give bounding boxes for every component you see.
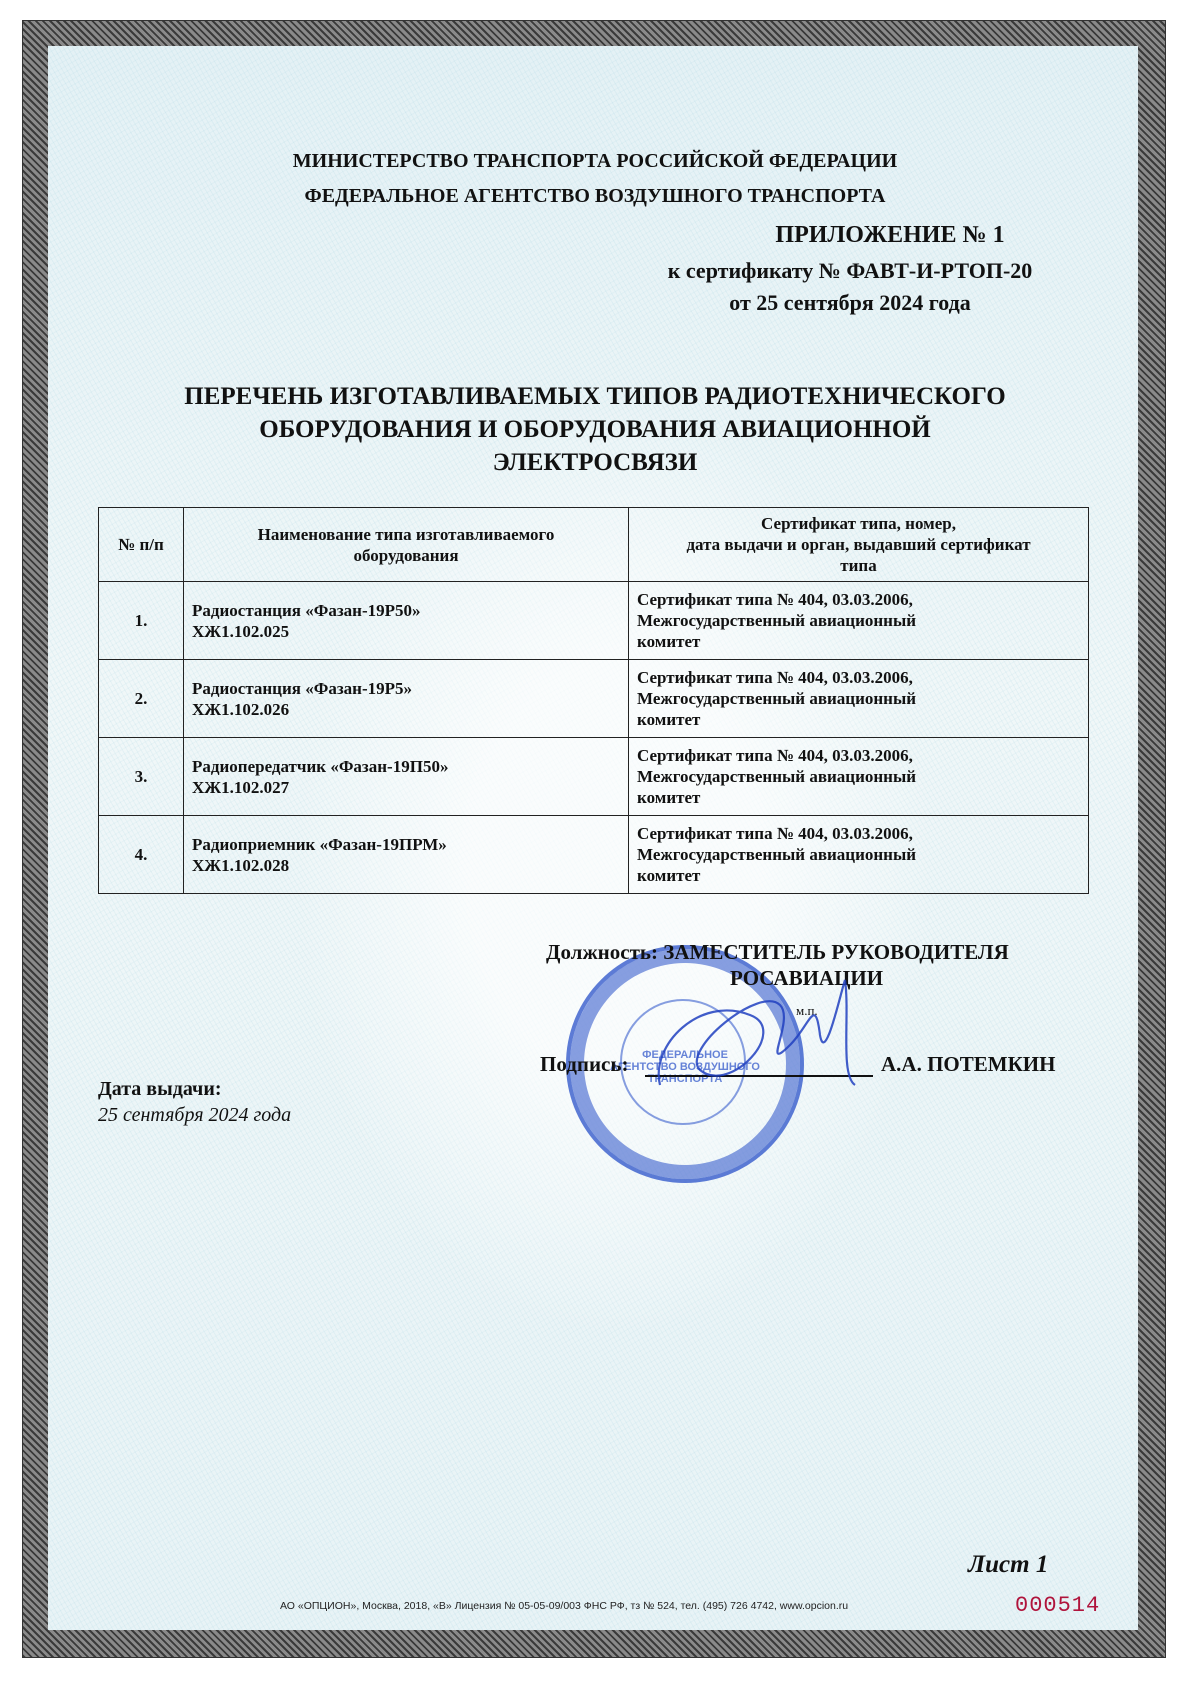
document-title-line: ОБОРУДОВАНИЯ И ОБОРУДОВАНИЯ АВИАЦИОННОЙ — [100, 413, 1090, 446]
table-row: 2. Радиостанция «Фазан-19Р5»ХЖ1.102.026 … — [99, 660, 1089, 738]
table-row: 4. Радиоприемник «Фазан-19ПРМ»ХЖ1.102.02… — [99, 816, 1089, 894]
header-cert-line: типа — [637, 555, 1080, 576]
cert-line: комитет — [637, 631, 1080, 652]
serial-number: 000514 — [1015, 1593, 1100, 1618]
issue-date-value: 25 сентября 2024 года — [98, 1104, 291, 1127]
agency-heading: ФЕДЕРАЛЬНОЕ АГЕНТСТВО ВОЗДУШНОГО ТРАНСПО… — [0, 185, 1190, 208]
row-num: 2. — [99, 660, 184, 738]
row-cert: Сертификат типа № 404, 03.03.2006,Межгос… — [629, 660, 1089, 738]
table-row: 1. Радиостанция «Фазан-19Р50»ХЖ1.102.025… — [99, 582, 1089, 660]
equipment-name: Радиостанция «Фазан-19Р5» — [192, 678, 620, 699]
header-cert-line: Сертификат типа, номер, — [637, 513, 1080, 534]
signatory-position: Должность: ЗАМЕСТИТЕЛЬ РУКОВОДИТЕЛЯ — [546, 940, 1009, 965]
cert-line: Межгосударственный авиационный — [637, 610, 1080, 631]
row-num: 1. — [99, 582, 184, 660]
sheet-number: Лист 1 — [968, 1551, 1048, 1579]
cert-line: Сертификат типа № 404, 03.03.2006, — [637, 667, 1080, 688]
document-title-line: ПЕРЕЧЕНЬ ИЗГОТАВЛИВАЕМЫХ ТИПОВ РАДИОТЕХН… — [100, 380, 1090, 413]
row-cert: Сертификат типа № 404, 03.03.2006,Межгос… — [629, 582, 1089, 660]
annex-date: от 25 сентября 2024 года — [610, 290, 1090, 316]
row-num: 3. — [99, 738, 184, 816]
issue-date-label: Дата выдачи: — [98, 1078, 222, 1101]
table-row: 3. Радиопередатчик «Фазан-19П50»ХЖ1.102.… — [99, 738, 1089, 816]
document-title: ПЕРЕЧЕНЬ ИЗГОТАВЛИВАЕМЫХ ТИПОВ РАДИОТЕХН… — [100, 380, 1090, 479]
handwritten-signature-icon — [640, 975, 900, 1105]
header-name-line: оборудования — [192, 545, 620, 566]
header-cert: Сертификат типа, номер, дата выдачи и ор… — [629, 508, 1089, 582]
ministry-heading: МИНИСТЕРСТВО ТРАНСПОРТА РОССИЙСКОЙ ФЕДЕР… — [0, 150, 1190, 173]
equipment-code: ХЖ1.102.028 — [192, 855, 620, 876]
row-name: Радиостанция «Фазан-19Р50»ХЖ1.102.025 — [184, 582, 629, 660]
equipment-code: ХЖ1.102.026 — [192, 699, 620, 720]
document-title-line: ЭЛЕКТРОСВЯЗИ — [100, 446, 1090, 479]
annex-title: ПРИЛОЖЕНИЕ № 1 — [690, 222, 1090, 249]
cert-line: комитет — [637, 787, 1080, 808]
equipment-code: ХЖ1.102.025 — [192, 621, 620, 642]
equipment-name: Радиостанция «Фазан-19Р50» — [192, 600, 620, 621]
equipment-table: № п/п Наименование типа изготавливаемого… — [98, 507, 1089, 894]
header-num: № п/п — [99, 508, 184, 582]
table-header-row: № п/п Наименование типа изготавливаемого… — [99, 508, 1089, 582]
cert-line: Межгосударственный авиационный — [637, 766, 1080, 787]
equipment-name: Радиоприемник «Фазан-19ПРМ» — [192, 834, 620, 855]
row-name: Радиоприемник «Фазан-19ПРМ»ХЖ1.102.028 — [184, 816, 629, 894]
header-cert-line: дата выдачи и орган, выдавший сертификат — [637, 534, 1080, 555]
cert-line: Межгосударственный авиационный — [637, 844, 1080, 865]
header-name-line: Наименование типа изготавливаемого — [192, 524, 620, 545]
cert-line: комитет — [637, 709, 1080, 730]
signature-label: Подпись: — [540, 1052, 628, 1077]
header-name: Наименование типа изготавливаемого обору… — [184, 508, 629, 582]
annex-certificate-ref: к сертификату № ФАВТ-И-РТОП-20 — [610, 258, 1090, 284]
cert-line: комитет — [637, 865, 1080, 886]
cert-line: Межгосударственный авиационный — [637, 688, 1080, 709]
equipment-name: Радиопередатчик «Фазан-19П50» — [192, 756, 620, 777]
row-name: Радиостанция «Фазан-19Р5»ХЖ1.102.026 — [184, 660, 629, 738]
equipment-code: ХЖ1.102.027 — [192, 777, 620, 798]
signatory-name: А.А. ПОТЕМКИН — [881, 1052, 1055, 1077]
row-cert: Сертификат типа № 404, 03.03.2006,Межгос… — [629, 738, 1089, 816]
row-num: 4. — [99, 816, 184, 894]
cert-line: Сертификат типа № 404, 03.03.2006, — [637, 823, 1080, 844]
printer-imprint: АО «ОПЦИОН», Москва, 2018, «В» Лицензия … — [280, 1600, 848, 1612]
row-cert: Сертификат типа № 404, 03.03.2006,Межгос… — [629, 816, 1089, 894]
cert-line: Сертификат типа № 404, 03.03.2006, — [637, 589, 1080, 610]
cert-line: Сертификат типа № 404, 03.03.2006, — [637, 745, 1080, 766]
row-name: Радиопередатчик «Фазан-19П50»ХЖ1.102.027 — [184, 738, 629, 816]
